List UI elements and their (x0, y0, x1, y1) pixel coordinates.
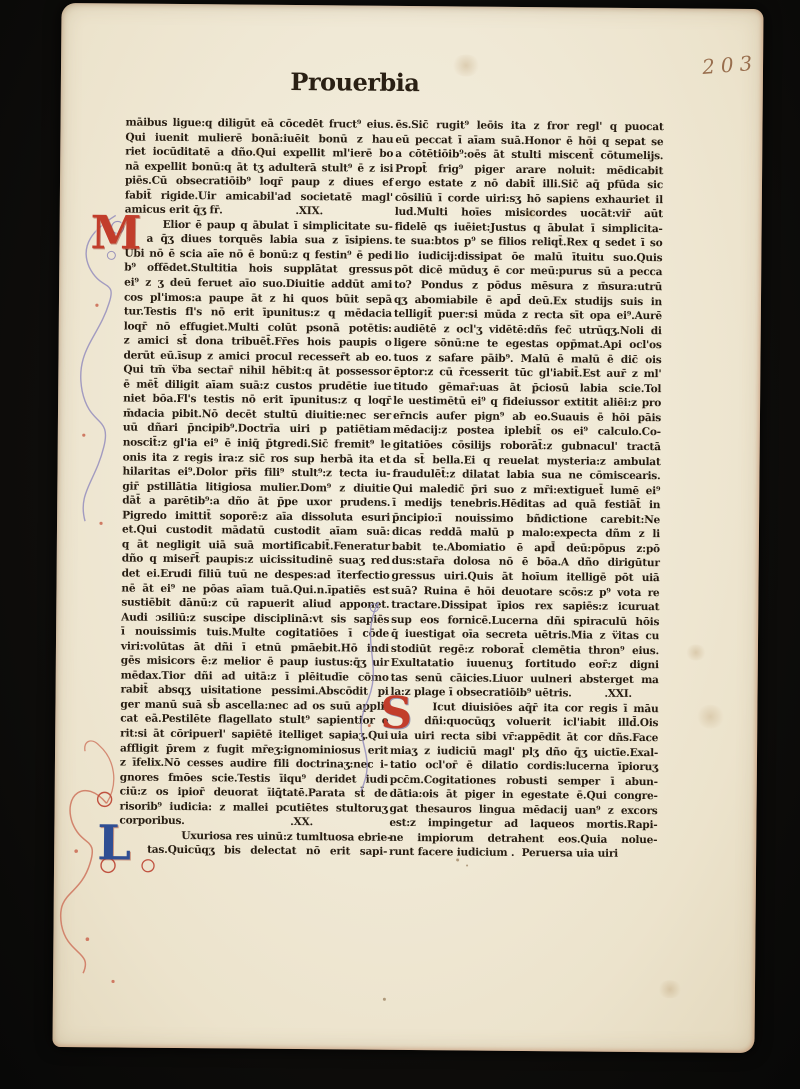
pen-flourish-bottom-left-2 (84, 741, 114, 804)
left-column-line: rit:si āt cōripuerl' sapiētē itelliget s… (120, 726, 388, 743)
illuminated-initial-l: L (97, 819, 131, 867)
left-column-line: corporibus. .XX. (119, 814, 387, 831)
pen-dot (82, 434, 85, 437)
ink-speck (383, 998, 386, 1001)
left-column: māibus ligue:q diligūt eā cōcedēt fruct⁹… (119, 116, 393, 860)
pen-spiral (142, 860, 154, 872)
right-column-line: runt facere iudicium . Peruersa uia uiri (389, 845, 657, 862)
left-column-line: det ei.Erudi filiū tuū ne despes:ad īter… (122, 566, 390, 583)
left-column-line: tas.Quicūqʒ bis delectat nō erit sapi- (119, 843, 387, 860)
pen-dot (86, 937, 90, 941)
pen-dot (99, 522, 102, 525)
illuminated-initial-s: S (380, 692, 412, 736)
running-title-text: Prouerbia (290, 67, 419, 97)
right-column-line: la:z plage ī obsecratiōib⁹ uētris. .XXI. (391, 685, 659, 702)
illuminated-initial-m: M (90, 209, 141, 255)
stain (685, 644, 707, 660)
right-column-text: ēs.Sic̄ rugit⁹ leōis ita z fror regl' q … (389, 118, 663, 862)
folio-number: 203 (701, 51, 759, 79)
pen-dot (111, 980, 114, 983)
pen-dot (95, 304, 98, 307)
incunable-leaf: Prouerbia 203 māibus ligue:q diligūt eā … (52, 3, 763, 1053)
pen-dot (74, 849, 78, 853)
stain (657, 980, 683, 998)
stain (695, 705, 725, 729)
right-column-line: uia uiri recta sibi vr̄:appēdit āt cor d… (390, 729, 658, 746)
right-column: ēs.Sic̄ rugit⁹ leōis ita z fror regl' q … (389, 118, 663, 862)
running-title: Prouerbia (245, 67, 465, 98)
pen-spiral (98, 792, 112, 806)
ink-speck (466, 865, 468, 867)
left-column-text: māibus ligue:q diligūt eā cōcedēt fruct⁹… (119, 116, 393, 860)
right-column-line: gressus uiri.Quis āt hoīum itelligē pōt … (392, 569, 660, 586)
pen-flourish-left-margin (79, 215, 115, 521)
